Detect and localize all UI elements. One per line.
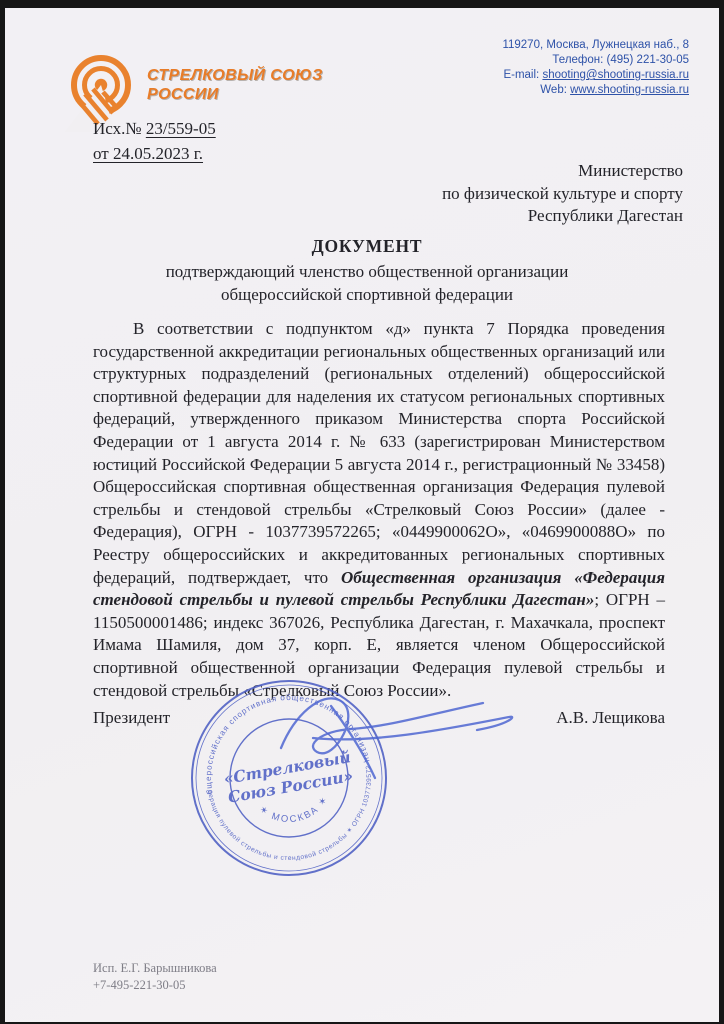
recipient-block: Министерство по физической культуре и сп… (442, 160, 683, 228)
document-subtitle-1: подтверждающий членство общественной орг… (81, 261, 653, 284)
contact-block: 119270, Москва, Лужнецкая наб., 8 Телефо… (502, 38, 689, 98)
recipient-line: Республики Дагестан (442, 205, 683, 228)
executor-phone: +7-495-221-30-05 (93, 977, 217, 994)
ref-number-label: Исх.№ (93, 119, 146, 138)
document-title: ДОКУМЕНТ (81, 236, 653, 257)
ref-number-line: Исх.№ 23/559-05 (93, 116, 216, 141)
reference-block: Исх.№ 23/559-05 от 24.05.2023 г. (93, 116, 216, 166)
email-link[interactable]: shooting@shooting-russia.ru (542, 69, 689, 81)
contact-email-row: E-mail: shooting@shooting-russia.ru (502, 68, 689, 83)
recipient-line: по физической культуре и спорту (442, 183, 683, 206)
executor-block: Исп. Е.Г. Барышникова +7-495-221-30-05 (93, 960, 217, 994)
recipient-line: Министерство (442, 160, 683, 183)
document-page: СТРЕЛКОВЫЙ СОЮЗРОССИИ 119270, Москва, Лу… (0, 0, 724, 1024)
ref-date-line: от 24.05.2023 г. (93, 141, 216, 166)
logo-line1: СТРЕЛКОВЫЙ СОЮЗ (147, 67, 323, 84)
signer-name: А.В. Лещикова (556, 708, 665, 728)
logo-line2: РОССИИ (147, 86, 219, 103)
ref-date: от 24.05.2023 г. (93, 144, 203, 163)
executor-name: Исп. Е.Г. Барышникова (93, 960, 217, 977)
document-subtitle-2: общероссийской спортивной федерации (81, 284, 653, 307)
body-part1: В соответствии с подпунктом «д» пункта 7… (93, 319, 665, 587)
ref-number-value: 23/559-05 (146, 119, 216, 138)
email-label: E-mail: (503, 69, 542, 81)
body-paragraph: В соответствии с подпунктом «д» пункта 7… (93, 318, 665, 702)
contact-phone: Телефон: (495) 221-30-05 (502, 53, 689, 68)
handwritten-signature (271, 686, 523, 782)
title-block: ДОКУМЕНТ подтверждающий членство обществ… (81, 236, 653, 306)
web-label: Web: (540, 84, 570, 96)
signer-role: Президент (93, 708, 170, 728)
contact-address: 119270, Москва, Лужнецкая наб., 8 (502, 38, 689, 53)
contact-web-row: Web: www.shooting-russia.ru (502, 83, 689, 98)
web-link[interactable]: www.shooting-russia.ru (570, 84, 689, 96)
logo-wordmark: СТРЕЛКОВЫЙ СОЮЗРОССИИ (147, 66, 323, 104)
